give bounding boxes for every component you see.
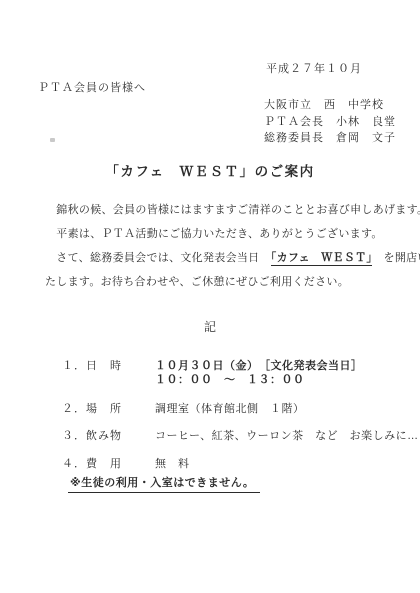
sender-general-affairs-chair: 総務委員長 倉岡 文子 [264,130,396,147]
item-value-cost: 無 料 [155,455,190,471]
sender-school: 大阪市立 西 中学校 [264,97,396,114]
body-paragraph-announcement-cont: たします。お待ち合わせや、ご休憩にぜひご利用ください。 [45,273,349,289]
body-paragraph-thanks: 平素は、ＰＴＡ活動にご協力いただき、ありがとうございます。 [45,225,383,241]
cafe-west-highlight: 「カフェ ＷＥＳＴ」 [271,252,372,266]
scan-artifact-dot [50,138,55,142]
body-paragraph-announcement: さて、総務委員会では、文化発表会当日 「カフェ ＷＥＳＴ」 を開店い [45,249,420,265]
date-line: 平成２７年１０月 [266,60,362,76]
announcement-text-before: さて、総務委員会では、文化発表会当日 [45,252,271,264]
sender-pta-president: ＰＴＡ会長 小林 良堂 [264,114,396,131]
item-label-cost: ４．費 用 [62,455,122,471]
item-value-drinks: コーヒー、紅茶、ウーロン茶 など お楽しみに… [155,427,419,443]
item-label-datetime: １．日 時 [62,357,122,373]
item-label-place: ２．場 所 [62,400,122,416]
sender-block: 大阪市立 西 中学校 ＰＴＡ会長 小林 良堂 総務委員長 倉岡 文子 [264,97,396,147]
item-value-place: 調理室（体育館北側 １階） [155,400,305,416]
item-value-time: １０：００ ～ １３：００ [155,371,305,387]
item-label-drinks: ３．飲み物 [62,427,122,443]
document-title: 「カフェ ＷＥＳＴ」のご案内 [0,160,420,180]
addressee-line: ＰＴＡ会員の皆様へ [38,79,146,95]
student-restriction-note: ※生徒の利用・入室はできません。 [68,474,260,493]
scanned-letter-page: 平成２７年１０月 ＰＴＡ会員の皆様へ 大阪市立 西 中学校 ＰＴＡ会長 小林 良… [0,0,420,593]
body-paragraph-greeting: 錦秋の候、会員の皆様にはますますご清祥のこととお喜び申しあげます。 [45,201,420,217]
announcement-text-after: を開店い [372,252,420,264]
record-marker: 記 [0,318,420,335]
